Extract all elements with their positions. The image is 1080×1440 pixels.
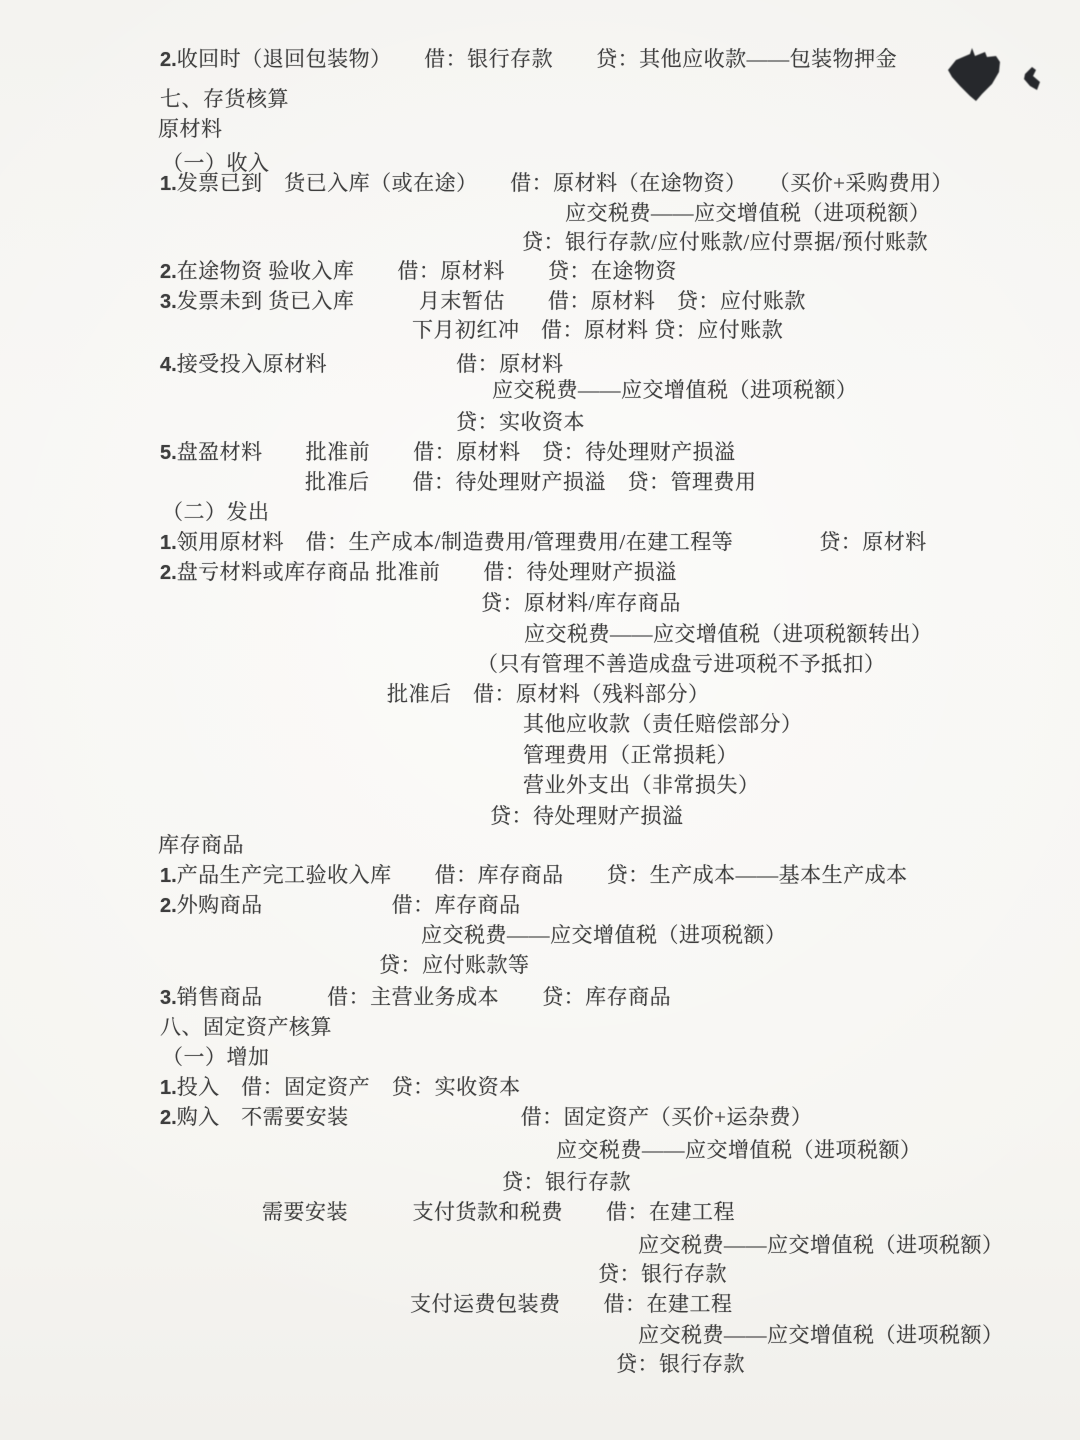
document-line: 应交税费——应交增值税（进项税额）: [565, 200, 931, 226]
line-text: 在途物资 验收入库 借：原材料 贷：在途物资: [177, 259, 677, 283]
document-line: （一）增加: [162, 1044, 270, 1070]
line-text: 应交税费——应交增值税（进项税额）: [565, 201, 931, 225]
document-line: 贷：待处理财产损溢: [490, 803, 684, 829]
line-text: 贷：原材料/库存商品: [481, 591, 681, 615]
document-line: 需要安装 支付货款和税费 借：在建工程: [262, 1199, 735, 1225]
line-number: 4.: [160, 354, 177, 376]
page: { "page": { "background_color": "#f6f5f2…: [0, 0, 1080, 1440]
document-line: 原材料: [158, 116, 223, 142]
document-line: 支付运费包装费 借：在建工程: [410, 1291, 733, 1317]
document-line: 3.发票未到 货已入库 月末暂估 借：原材料 贷：应付账款: [160, 288, 806, 315]
document-body: 2.收回时（退回包装物） 借：银行存款 贷：其他应收款——包装物押金七、存货核算…: [0, 0, 1080, 1440]
line-text: 贷：银行存款/应付账款/应付票据/预付账款: [522, 230, 928, 254]
document-line: 贷：银行存款: [616, 1351, 745, 1377]
document-line: 七、存货核算: [160, 86, 289, 112]
line-text: 盘亏材料或库存商品 批准前 借：待处理财产损溢: [177, 560, 677, 584]
document-line: 1.产品生产完工验收入库 借：库存商品 贷：生产成本——基本生产成本: [160, 862, 908, 889]
document-line: 批准后 借：原材料（残料部分）: [387, 681, 710, 707]
line-text: （一）增加: [162, 1045, 270, 1069]
document-line: （只有管理不善造成盘亏进项税不予抵扣）: [477, 651, 886, 677]
document-line: 4.接受投入原材料 借：原材料: [160, 351, 564, 378]
document-line: 5.盘盈材料 批准前 借：原材料 贷：待处理财产损溢: [160, 439, 736, 466]
line-text: 产品生产完工验收入库 借：库存商品 贷：生产成本——基本生产成本: [177, 863, 908, 887]
document-line: 1.投入 借：固定资产 贷：实收资本: [160, 1074, 521, 1101]
line-text: 应交税费——应交增值税（进项税额）: [556, 1138, 922, 1162]
line-text: 贷：银行存款: [502, 1170, 631, 1194]
line-text: 批准后 借：原材料（残料部分）: [387, 682, 710, 706]
document-line: 应交税费——应交增值税（进项税额）: [421, 922, 787, 948]
line-text: 管理费用（正常损耗）: [523, 743, 738, 767]
line-text: 贷：应付账款等: [379, 953, 530, 977]
document-line: 贷：应付账款等: [379, 952, 530, 978]
line-text: 八、固定资产核算: [160, 1015, 332, 1039]
line-text: 贷：银行存款: [598, 1262, 727, 1286]
line-text: 应交税费——应交增值税（进项税额）: [421, 923, 787, 947]
document-line: 1.领用原材料 借：生产成本/制造费用/管理费用/在建工程等 贷：原材料: [160, 529, 927, 556]
line-text: 贷：待处理财产损溢: [490, 804, 684, 828]
line-text: 销售商品 借：主营业务成本 贷：库存商品: [177, 985, 672, 1009]
line-text: 投入 借：固定资产 贷：实收资本: [177, 1075, 521, 1099]
line-number: 2.: [160, 895, 177, 917]
document-line: 营业外支出（非常损失）: [523, 772, 760, 798]
line-number: 2.: [160, 1107, 177, 1129]
line-number: 2.: [160, 261, 177, 283]
line-text: 下月初红冲 借：原材料 贷：应付账款: [412, 318, 783, 342]
document-line: 2.购入 不需要安装 借：固定资产（买价+运杂费）: [160, 1104, 813, 1131]
document-line: 八、固定资产核算: [160, 1014, 332, 1040]
line-text: 七、存货核算: [160, 87, 289, 111]
line-text: 收回时（退回包装物） 借：银行存款 贷：其他应收款——包装物押金: [177, 47, 898, 71]
document-line: 库存商品: [158, 832, 244, 858]
line-text: 贷：实收资本: [456, 410, 585, 434]
ink-blot-icon: [930, 30, 1070, 120]
document-line: 其他应收款（责任赔偿部分）: [523, 711, 803, 737]
document-line: 2.在途物资 验收入库 借：原材料 贷：在途物资: [160, 258, 677, 285]
line-text: 盘盈材料 批准前 借：原材料 贷：待处理财产损溢: [177, 440, 736, 464]
line-text: 购入 不需要安装 借：固定资产（买价+运杂费）: [177, 1105, 813, 1129]
line-text: 原材料: [158, 117, 223, 141]
line-text: 需要安装 支付货款和税费 借：在建工程: [262, 1200, 735, 1224]
line-text: 发票已到 货已入库（或在途） 借：原材料（在途物资） （买价+采购费用）: [177, 171, 953, 195]
document-line: 应交税费——应交增值税（进项税额）: [638, 1322, 1004, 1348]
line-text: 其他应收款（责任赔偿部分）: [523, 712, 803, 736]
document-line: 贷：银行存款: [598, 1261, 727, 1287]
line-text: （只有管理不善造成盘亏进项税不予抵扣）: [477, 652, 886, 676]
document-line: 1.发票已到 货已入库（或在途） 借：原材料（在途物资） （买价+采购费用）: [160, 170, 953, 197]
line-number: 1.: [160, 1077, 177, 1099]
line-number: 2.: [160, 562, 177, 584]
line-text: 接受投入原材料 借：原材料: [177, 352, 564, 376]
document-line: 批准后 借：待处理财产损溢 贷：管理费用: [305, 469, 757, 495]
ink-blot-small: [1024, 67, 1040, 90]
line-text: 外购商品 借：库存商品: [177, 893, 521, 917]
line-number: 1.: [160, 532, 177, 554]
line-text: 应交税费——应交增值税（进项税额）: [638, 1323, 1004, 1347]
document-line: 2.盘亏材料或库存商品 批准前 借：待处理财产损溢: [160, 559, 677, 586]
document-line: （二）发出: [162, 499, 270, 525]
document-line: 3.销售商品 借：主营业务成本 贷：库存商品: [160, 984, 671, 1011]
line-text: 支付运费包装费 借：在建工程: [410, 1292, 733, 1316]
line-text: 发票未到 货已入库 月末暂估 借：原材料 贷：应付账款: [177, 289, 806, 313]
line-number: 2.: [160, 49, 177, 71]
line-text: 应交税费——应交增值税（进项税额）: [638, 1233, 1004, 1257]
line-number: 3.: [160, 291, 177, 313]
document-line: 2.外购商品 借：库存商品: [160, 892, 521, 919]
line-text: 批准后 借：待处理财产损溢 贷：管理费用: [305, 470, 757, 494]
line-number: 5.: [160, 442, 177, 464]
line-text: 应交税费——应交增值税（进项税额转出）: [524, 622, 933, 646]
ink-blot-large: [948, 48, 1000, 101]
document-line: 应交税费——应交增值税（进项税额）: [492, 377, 858, 403]
line-text: （二）发出: [162, 500, 270, 524]
document-line: 2.收回时（退回包装物） 借：银行存款 贷：其他应收款——包装物押金: [160, 46, 897, 73]
line-number: 1.: [160, 865, 177, 887]
line-text: 库存商品: [158, 833, 244, 857]
document-line: 贷：原材料/库存商品: [481, 590, 681, 616]
document-line: 贷：银行存款/应付账款/应付票据/预付账款: [522, 229, 928, 255]
document-line: 应交税费——应交增值税（进项税额）: [638, 1232, 1004, 1258]
line-number: 3.: [160, 987, 177, 1009]
line-text: 贷：银行存款: [616, 1352, 745, 1376]
line-text: 营业外支出（非常损失）: [523, 773, 760, 797]
document-line: 应交税费——应交增值税（进项税额）: [556, 1137, 922, 1163]
document-line: 贷：实收资本: [456, 409, 585, 435]
document-line: 下月初红冲 借：原材料 贷：应付账款: [412, 317, 783, 343]
document-line: 管理费用（正常损耗）: [523, 742, 738, 768]
line-text: 领用原材料 借：生产成本/制造费用/管理费用/在建工程等 贷：原材料: [177, 530, 927, 554]
document-line: 应交税费——应交增值税（进项税额转出）: [524, 621, 933, 647]
line-number: 1.: [160, 173, 177, 195]
document-line: 贷：银行存款: [502, 1169, 631, 1195]
line-text: 应交税费——应交增值税（进项税额）: [492, 378, 858, 402]
